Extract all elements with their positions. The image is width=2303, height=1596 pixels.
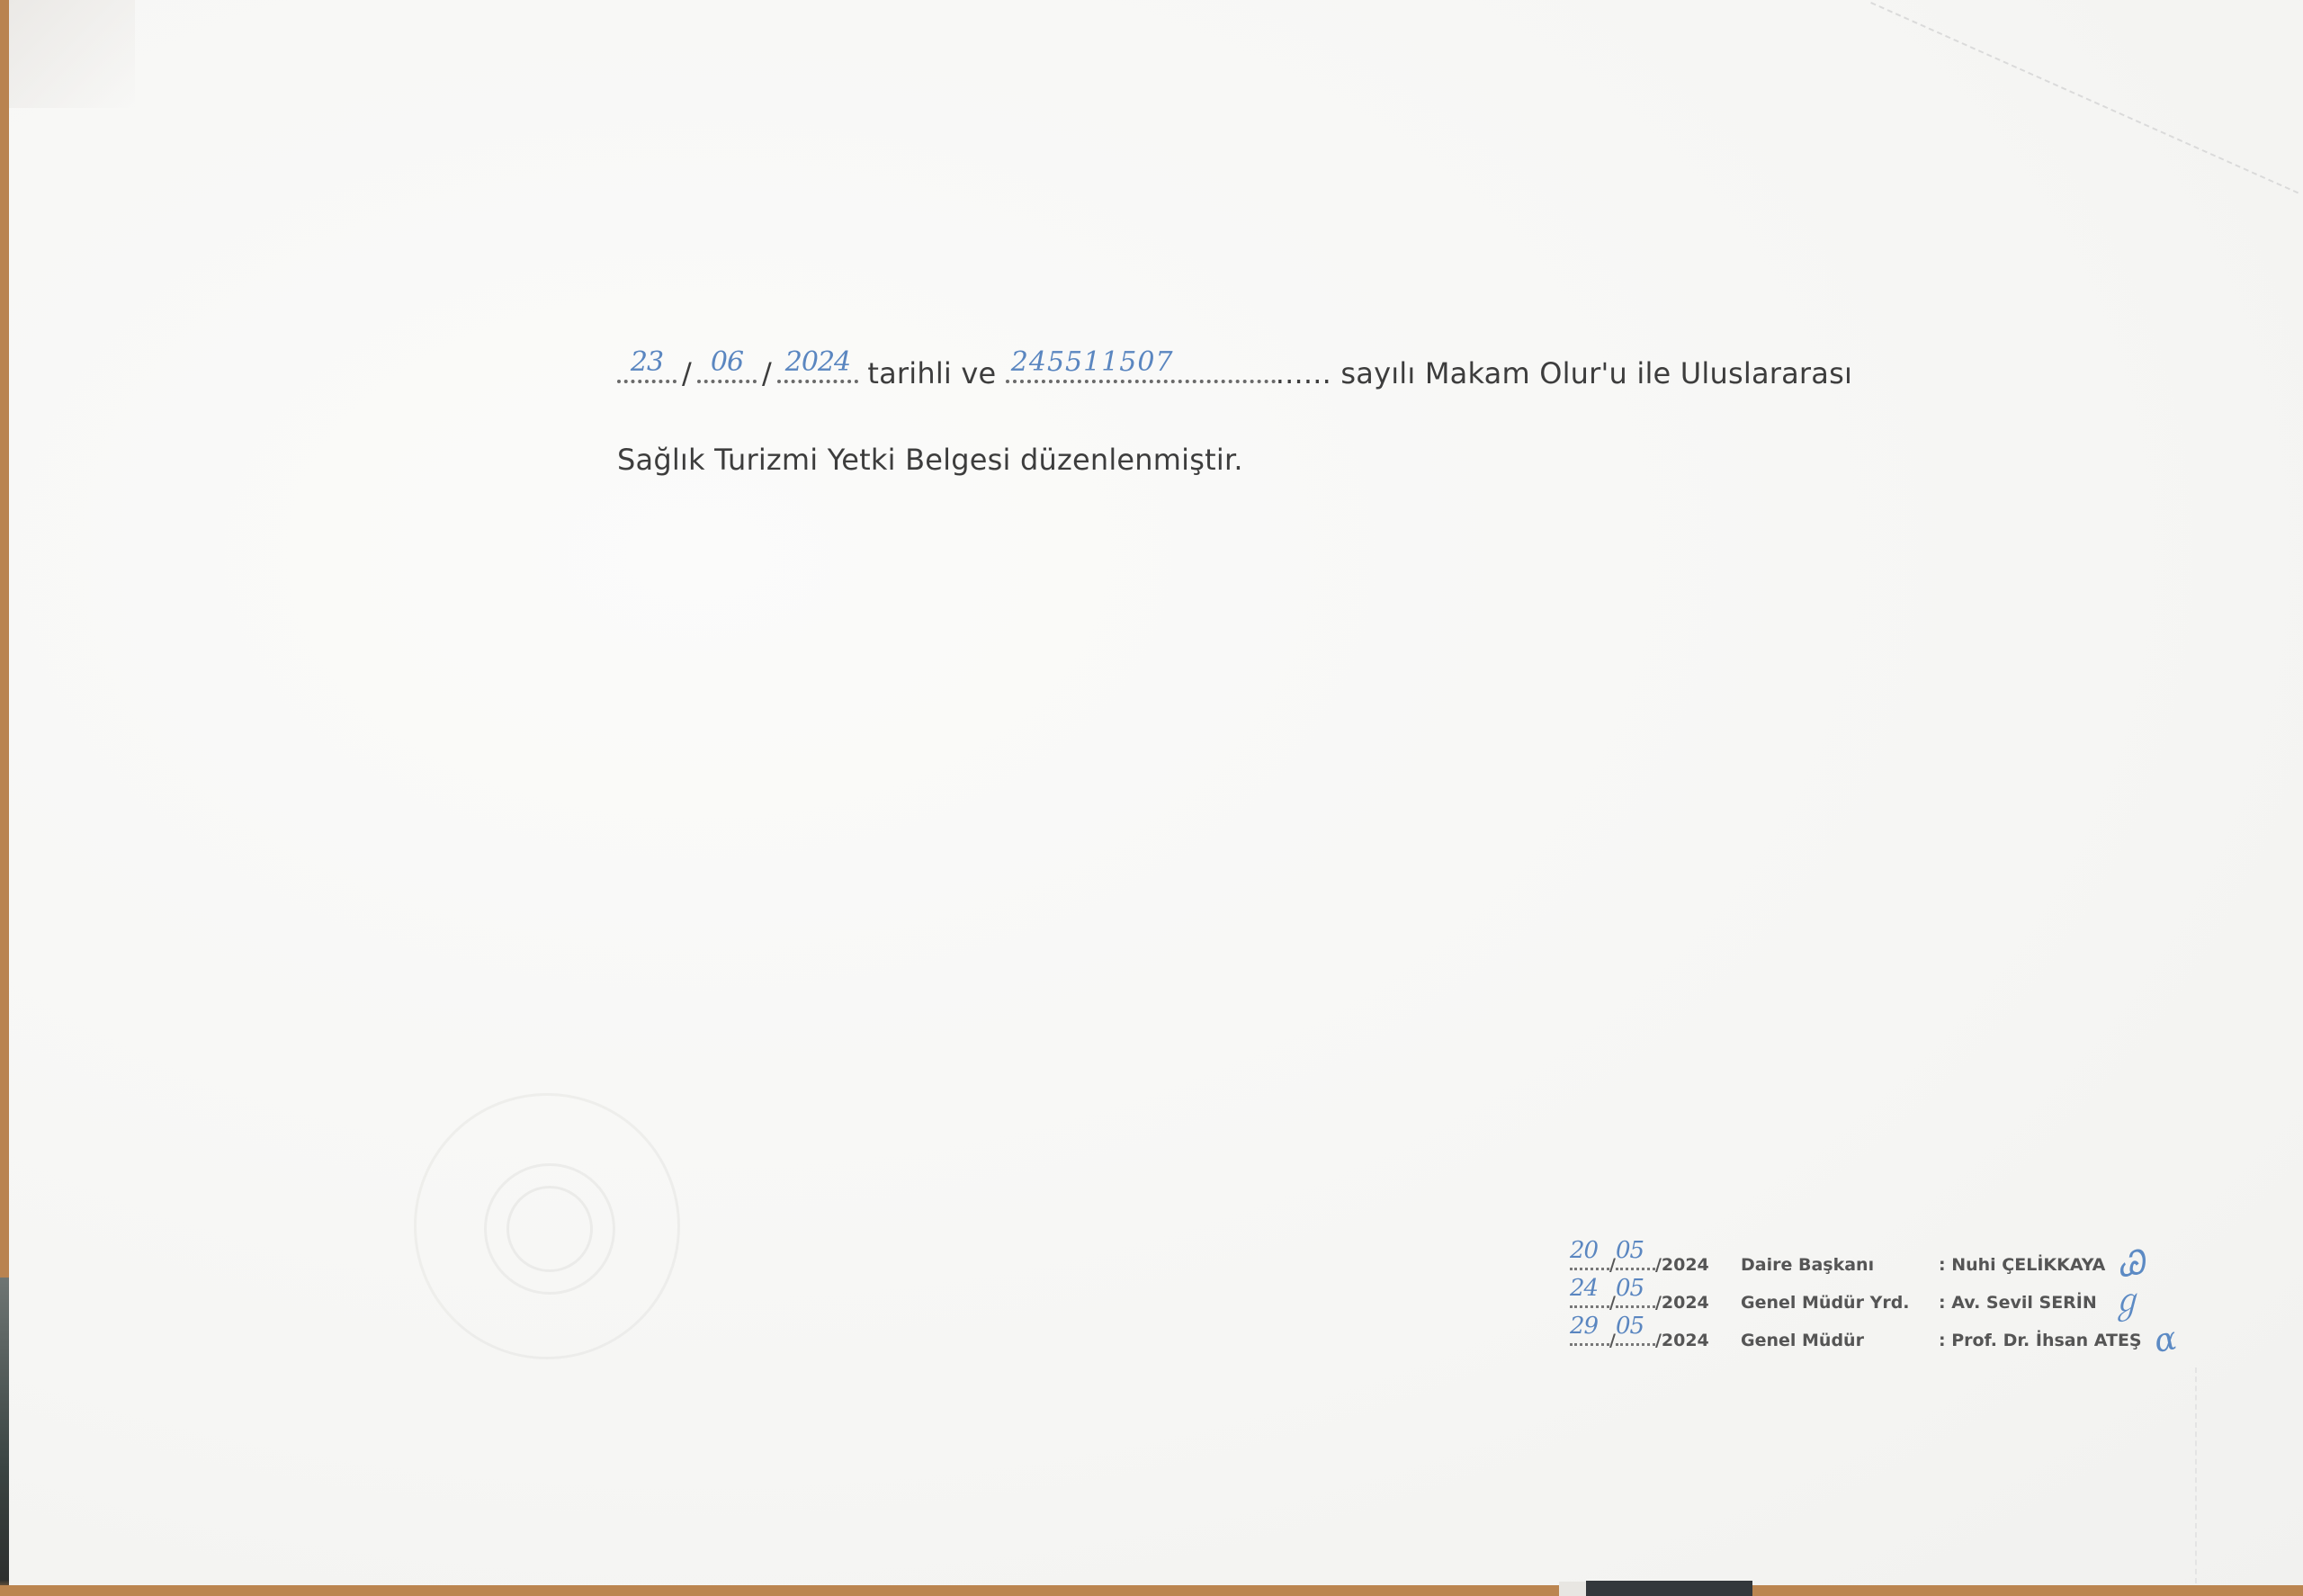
date-separator: / xyxy=(762,356,772,390)
signoff-name-cell: : Av. Sevil SERİNℊ xyxy=(1939,1284,2142,1322)
number-tail-dots: ...... xyxy=(1276,356,1331,390)
signoff-row: 20/05/2024 Daire Başkanı : Nuhi ÇELİKKAY… xyxy=(1570,1246,2176,1284)
handwritten-day: 20 xyxy=(1570,1232,1609,1269)
signoff-month-field: 05 xyxy=(1616,1250,1655,1270)
signoff-day-field: 24 xyxy=(1570,1287,1609,1308)
background-edge xyxy=(0,1278,9,1596)
signoff-month-field: 05 xyxy=(1616,1325,1655,1346)
signoff-date: 29/05/2024 xyxy=(1570,1322,1741,1359)
handwritten-month: 05 xyxy=(1616,1269,1655,1307)
date-month-field: 06 xyxy=(697,353,757,383)
table-surface xyxy=(0,1585,2303,1596)
handwritten-year: 2024 xyxy=(777,346,858,378)
signoff-year: /2024 xyxy=(1655,1293,1709,1313)
signoff-title: Daire Başkanı xyxy=(1741,1246,1939,1284)
handwritten-month: 05 xyxy=(1616,1232,1655,1269)
signoff-name: : Av. Sevil SERİN xyxy=(1939,1284,2097,1322)
date-separator: / xyxy=(682,356,692,390)
handwritten-day: 24 xyxy=(1570,1269,1609,1307)
embossed-seal-icon xyxy=(414,1093,680,1359)
olur-number-field: 245511507 xyxy=(1006,353,1276,383)
after-date-text: tarihli ve xyxy=(867,356,996,390)
approval-statement-line2: Sağlık Turizmi Yetki Belgesi düzenlenmiş… xyxy=(617,443,1243,477)
signoff-name-cell: : Prof. Dr. İhsan ATEŞα xyxy=(1939,1322,2176,1359)
signoff-title: Genel Müdür xyxy=(1741,1322,1939,1359)
signoff-row: 29/05/2024 Genel Müdür : Prof. Dr. İhsan… xyxy=(1570,1322,2176,1359)
seal-core-ring xyxy=(506,1186,593,1272)
signoff-month-field: 05 xyxy=(1616,1287,1655,1308)
signoff-title: Genel Müdür Yrd. xyxy=(1741,1284,1939,1322)
handwritten-month: 06 xyxy=(697,346,757,378)
signoff-name-cell: : Nuhi ÇELİKKAYAᏊ xyxy=(1939,1246,2146,1284)
approval-statement-line1: 23/06/2024 tarihli ve 245511507...... sa… xyxy=(617,353,1852,390)
date-year-field: 2024 xyxy=(777,353,858,383)
signoff-year: /2024 xyxy=(1655,1331,1709,1350)
handwritten-day: 29 xyxy=(1570,1307,1609,1345)
signoff-block: 20/05/2024 Daire Başkanı : Nuhi ÇELİKKAY… xyxy=(1570,1246,2176,1359)
signoff-name: : Prof. Dr. İhsan ATEŞ xyxy=(1939,1322,2142,1359)
handwritten-month: 05 xyxy=(1616,1307,1655,1345)
background-object xyxy=(1586,1581,1752,1596)
signoff-day-field: 20 xyxy=(1570,1250,1609,1270)
paper-crease-mark xyxy=(2195,1367,2199,1583)
signature-icon: ℊ xyxy=(2106,1281,2145,1324)
paper-shadow xyxy=(9,0,135,108)
signoff-row: 24/05/2024 Genel Müdür Yrd. : Av. Sevil … xyxy=(1570,1284,2176,1322)
handwritten-olur-number: 245511507 xyxy=(1006,346,1276,378)
signoff-day-field: 29 xyxy=(1570,1325,1609,1346)
signoff-name: : Nuhi ÇELİKKAYA xyxy=(1939,1246,2105,1284)
signature-icon: Ꮚ xyxy=(2115,1244,2148,1287)
signoff-year: /2024 xyxy=(1655,1255,1709,1275)
signature-icon: α xyxy=(2151,1320,2179,1361)
handwritten-day: 23 xyxy=(617,346,677,378)
date-day-field: 23 xyxy=(617,353,677,383)
background-object xyxy=(1559,1582,1586,1596)
line1-rest-text: sayılı Makam Olur'u ile Uluslararası xyxy=(1340,356,1852,390)
